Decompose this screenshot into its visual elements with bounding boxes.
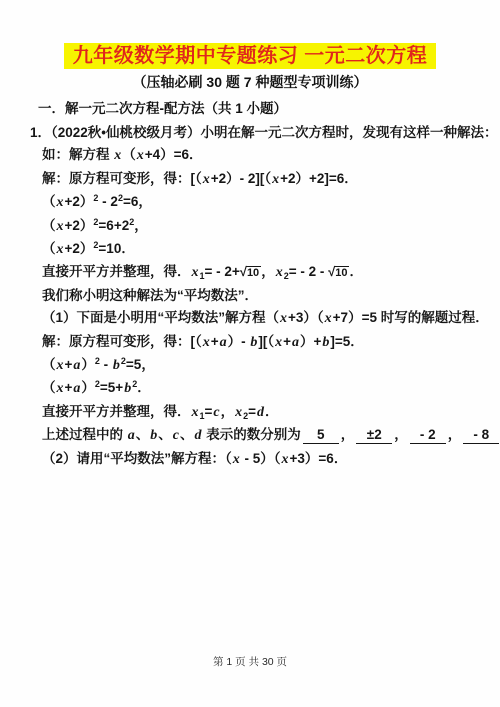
page-title: 九年级数学期中专题练习 一元二次方程 bbox=[64, 43, 437, 69]
text-line: （x+a）2 - b2=5， bbox=[42, 354, 500, 377]
math-variable: b bbox=[321, 335, 330, 350]
math-variable: x bbox=[56, 358, 65, 373]
math-variable: c bbox=[172, 428, 180, 443]
text-line: （x+2）2 - 22=6， bbox=[42, 191, 500, 214]
text-line: 我们称小明这种解法为“平均数法”． bbox=[42, 285, 500, 307]
math-variable: x bbox=[191, 265, 200, 280]
math-variable: x bbox=[324, 311, 333, 326]
sqrt-expression: √10 bbox=[240, 264, 261, 279]
answer-blank: ±2 bbox=[356, 427, 392, 444]
answer-blank: 5 bbox=[303, 427, 339, 444]
math-variable: x bbox=[56, 381, 65, 396]
math-variable: x bbox=[136, 148, 145, 163]
math-variable: x bbox=[56, 242, 65, 257]
math-variable: b bbox=[123, 381, 132, 396]
math-variable: x bbox=[232, 452, 241, 467]
math-variable: a bbox=[219, 335, 228, 350]
math-variable: x bbox=[202, 335, 211, 350]
math-variable: a bbox=[291, 335, 300, 350]
math-variable: a bbox=[127, 428, 136, 443]
answer-blank: - 2 bbox=[410, 427, 446, 444]
math-variable: b bbox=[149, 428, 158, 443]
text-line: 解：原方程可变形，得：[（x+2）- 2][（x+2）+2]=6． bbox=[42, 168, 500, 191]
sqrt-expression: √10 bbox=[328, 264, 349, 279]
math-variable: x bbox=[281, 452, 290, 467]
text-line: 直接开平方并整理，得．x1= - 2+√10，x2= - 2 - √10． bbox=[42, 261, 500, 284]
page-footer: 第 1 页 共 30 页 bbox=[0, 654, 500, 669]
text-line: （x+2）2=10． bbox=[42, 238, 500, 261]
page-subtitle: （压轴必刷 30 题 7 种题型专项训练） bbox=[0, 72, 500, 92]
section-heading: 一．解一元二次方程-配方法（共 1 小题） bbox=[38, 100, 500, 118]
math-variable: x bbox=[191, 405, 200, 420]
math-variable: b bbox=[112, 358, 121, 373]
text-line: （2）请用“平均数法”解方程：（x - 5）（x+3）=6． bbox=[42, 448, 500, 471]
math-variable: x bbox=[234, 405, 243, 420]
radicand: 10 bbox=[246, 266, 261, 280]
text-line: （1）下面是小明用“平均数法”解方程（x+3）（x+7）=5 时写的解题过程． bbox=[42, 307, 500, 330]
math-variable: b bbox=[249, 335, 258, 350]
math-variable: x bbox=[202, 172, 211, 187]
answer-blank: - 8 bbox=[463, 427, 499, 444]
text-line: （x+a）2=5+b2． bbox=[42, 377, 500, 400]
math-variable: d bbox=[193, 428, 202, 443]
math-variable: a bbox=[72, 358, 81, 373]
math-variable: x bbox=[113, 148, 122, 163]
math-variable: x bbox=[274, 335, 283, 350]
document-page: 九年级数学期中专题练习 一元二次方程 （压轴必刷 30 题 7 种题型专项训练）… bbox=[0, 0, 500, 707]
title-row: 九年级数学期中专题练习 一元二次方程 bbox=[0, 0, 500, 69]
math-variable: x bbox=[56, 195, 65, 210]
math-variable: x bbox=[271, 172, 280, 187]
math-variable: a bbox=[72, 381, 81, 396]
text-line: 如：解方程 x（x+4）=6． bbox=[42, 144, 500, 167]
math-variable: x bbox=[275, 265, 284, 280]
math-variable: d bbox=[256, 405, 265, 420]
text-line: 上述过程中的 a、b、c、d 表示的数分别为5，±2，- 2，- 8． bbox=[42, 424, 500, 447]
text-line: 直接开平方并整理，得．x1=c，x2=d． bbox=[42, 401, 500, 424]
math-variable: x bbox=[279, 311, 288, 326]
text-line: 解：原方程可变形，得：[（x+a）- b][（x+a）+b]=5． bbox=[42, 331, 500, 354]
text-line: 1．（2022秋•仙桃校级月考）小明在解一元二次方程时，发现有这样一种解法： bbox=[30, 122, 500, 144]
radicand: 10 bbox=[334, 266, 349, 280]
problem-body: 1．（2022秋•仙桃校级月考）小明在解一元二次方程时，发现有这样一种解法：如：… bbox=[0, 122, 500, 471]
math-variable: c bbox=[212, 405, 220, 420]
text-line: （x+2）2=6+22， bbox=[42, 215, 500, 238]
math-variable: x bbox=[56, 219, 65, 234]
